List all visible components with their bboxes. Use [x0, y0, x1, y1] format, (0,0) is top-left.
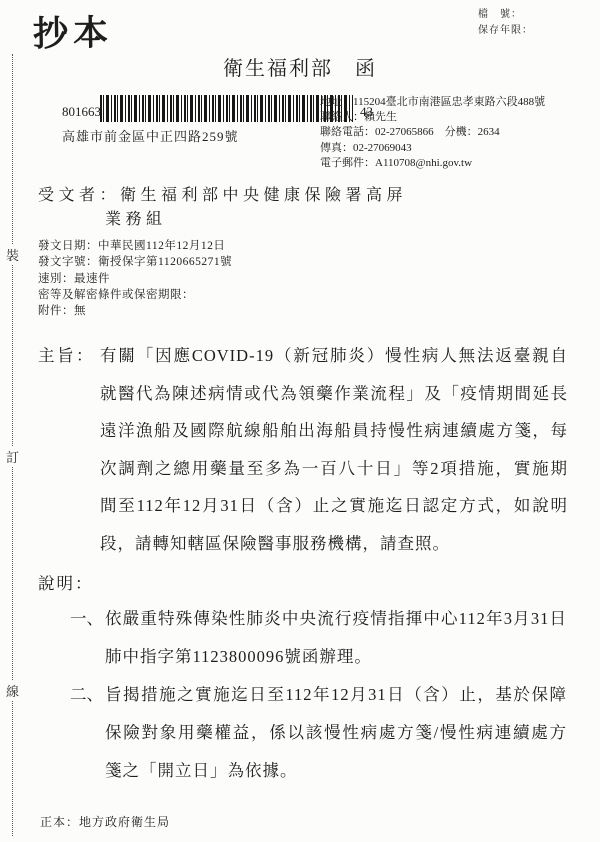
subject-line: 有關「因應COVID-19（新冠肺炎）慢性病人無法返臺親自 — [100, 337, 568, 375]
explanation-line: 保險對象用藥權益，係以該慢性病處方箋/慢性病連續處方 — [105, 714, 567, 752]
item-marker: 一、 — [70, 600, 105, 676]
file-block: 檔 號： 保存年限： — [478, 7, 533, 38]
serial-number-left: 801663 — [62, 104, 101, 120]
meta-attachment: 附件：無 — [38, 303, 232, 319]
meta-speed: 速別：最速件 — [38, 271, 232, 287]
explanation-line: 旨揭措施之實施迄日至112年12月31日（含）止，基於保障 — [105, 676, 567, 714]
retention-label: 保存年限： — [478, 23, 533, 39]
copy-stamp: 抄本 — [33, 5, 114, 56]
mailing-address: 高雄市前金區中正四路259號 — [62, 126, 239, 145]
subject-line: 段，請轉知轄區保險醫事服務機構，請查照。 — [100, 525, 568, 563]
document-title: 衛生福利部 函 — [0, 52, 600, 81]
contact-phone: 聯絡電話：02-27065866 分機：2634 — [320, 125, 545, 140]
explanation-line: 依嚴重特殊傳染性肺炎中央流行疫情指揮中心112年3月31日 — [105, 600, 567, 638]
contact-person: 聯絡人：賴先生 — [320, 110, 545, 125]
recipient-line-2: 業務組 — [105, 206, 167, 229]
subject-line: 間至112年12月31日（含）止之實施迄日認定方式，如說明 — [100, 487, 568, 525]
binding-mark-zhuang: 裝 — [4, 245, 21, 264]
document-meta: 發文日期：中華民國112年12月12日 發文字號：衛授保字第1120665271… — [38, 238, 232, 319]
binding-mark-xian: 線 — [4, 681, 21, 700]
meta-security: 密等及解密條件或保密期限： — [38, 287, 232, 303]
contact-fax: 傳真：02-27069043 — [320, 141, 545, 156]
item-marker: 二、 — [70, 676, 105, 790]
barcode — [100, 95, 353, 122]
explanation-line: 肺中指字第1123800096號函辦理。 — [105, 638, 567, 676]
binding-dotted-line — [12, 54, 13, 836]
file-no-label: 檔 號： — [478, 7, 533, 23]
original-recipient: 正本：地方政府衛生局 — [40, 813, 170, 830]
subject-line: 遠洋漁船及國際航線船舶出海船員持慢性病連續處方箋，每 — [100, 412, 568, 450]
subject-line: 次調劑之總用藥量至多為一百八十日」等2項措施，實施期 — [100, 450, 568, 488]
binding-mark-ding: 訂 — [4, 447, 21, 466]
explanation-line: 箋之「開立日」為依據。 — [105, 752, 567, 790]
contact-email: 電子郵件：A110708@nhi.gov.tw — [320, 156, 545, 171]
subject-lines: 有關「因應COVID-19（新冠肺炎）慢性病人無法返臺親自 就醫代為陳述病情或代… — [100, 337, 568, 562]
explanation-item-2: 二、 旨揭措施之實施迄日至112年12月31日（含）止，基於保障 保險對象用藥權… — [70, 676, 567, 790]
recipient-line-1: 受文者：衛生福利部中央健康保險署高屏 — [38, 182, 407, 205]
explanation-label: 說明： — [38, 570, 94, 594]
contact-address: 地址：115204臺北市南港區忠孝東路六段488號 — [320, 95, 545, 110]
subject-line: 就醫代為陳述病情或代為領藥作業流程」及「疫情期間延長 — [100, 375, 568, 413]
explanation-items: 一、 依嚴重特殊傳染性肺炎中央流行疫情指揮中心112年3月31日 肺中指字第11… — [70, 600, 567, 790]
contact-block: 地址：115204臺北市南港區忠孝東路六段488號 聯絡人：賴先生 聯絡電話：0… — [320, 95, 545, 171]
subject-label: 主旨： — [38, 337, 100, 562]
subject-section: 主旨： 有關「因應COVID-19（新冠肺炎）慢性病人無法返臺親自 就醫代為陳述… — [38, 337, 568, 562]
explanation-item-1: 一、 依嚴重特殊傳染性肺炎中央流行疫情指揮中心112年3月31日 肺中指字第11… — [70, 600, 567, 676]
scanned-official-letter: 裝 訂 線 抄本 檔 號： 保存年限： 衛生福利部 函 801663 43 高雄… — [0, 0, 600, 842]
meta-date: 發文日期：中華民國112年12月12日 — [38, 238, 232, 254]
meta-doc-number: 發文字號：衛授保字第1120665271號 — [38, 254, 232, 270]
